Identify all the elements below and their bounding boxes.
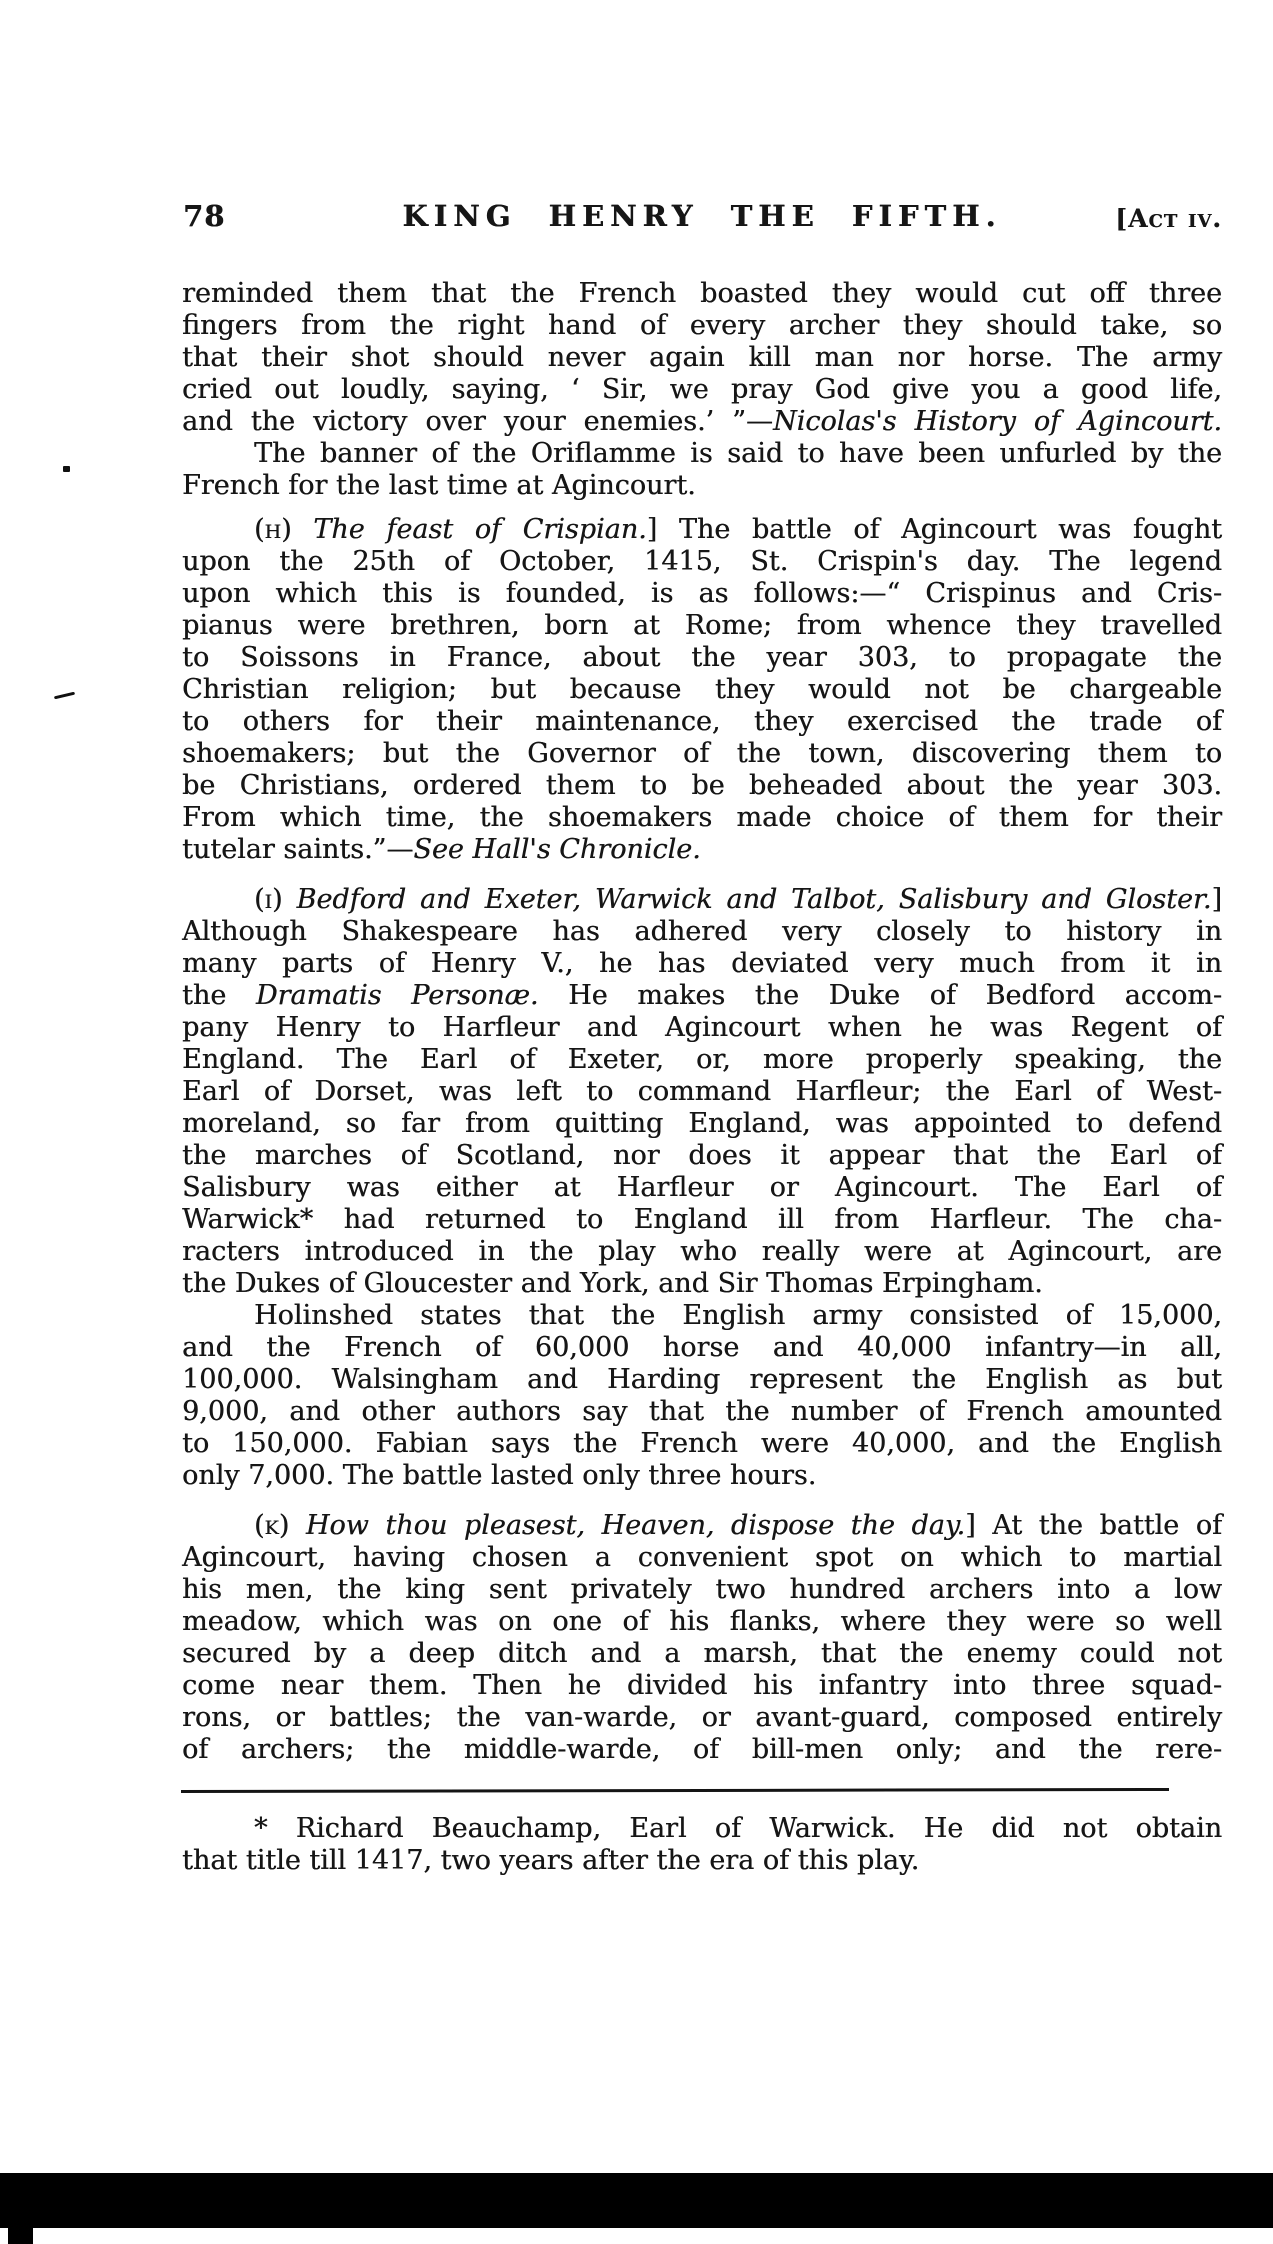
text-line: the Dukes of Gloucester and York, and Si…	[182, 1268, 1222, 1300]
text-segment: upon which this is founded, is as follow…	[182, 578, 1222, 609]
smallcaps-ref-letter: (i)	[254, 884, 297, 915]
text-segment: only 7,000. The battle lasted only three…	[182, 1460, 816, 1491]
footnote-rule	[181, 1788, 1169, 1793]
text-segment: upon the 25th of October, 1415, St. Cris…	[182, 546, 1222, 577]
text-line: that title till 1417, two years after th…	[182, 1845, 1222, 1877]
text-segment: He makes the Duke of Bedford accom-	[538, 980, 1222, 1011]
text-segment: From which time, the shoemakers made cho…	[182, 802, 1222, 833]
text-line: to 150,000. Fabian says the French were …	[182, 1428, 1222, 1460]
italic-text: How thou pleasest, Heaven, dispose the d…	[306, 1510, 965, 1541]
margin-dot-mark	[63, 466, 70, 472]
text-line: reminded them that the French boasted th…	[182, 278, 1222, 310]
text-line: rons, or battles; the van-warde, or avan…	[182, 1702, 1222, 1734]
scan-black-notch	[8, 2225, 33, 2244]
text-line: cried out loudly, saying, ‘ Sir, we pray…	[182, 374, 1222, 406]
text-line: tutelar saints.”—See Hall's Chronicle.	[182, 834, 1222, 866]
text-line: (h) The feast of Crispian.] The battle o…	[182, 514, 1222, 546]
text-line: the marches of Scotland, nor does it app…	[182, 1140, 1222, 1172]
text-segment: fingers from the right hand of every arc…	[182, 310, 1222, 341]
text-segment: England. The Earl of Exeter, or, more pr…	[182, 1044, 1222, 1075]
text-segment: the	[182, 980, 256, 1011]
italic-text: The feast of Crispian.	[313, 514, 646, 545]
text-segment: Earl of Dorset, was left to command Harf…	[182, 1076, 1222, 1107]
text-segment: reminded them that the French boasted th…	[182, 278, 1222, 309]
text-line: fingers from the right hand of every arc…	[182, 310, 1222, 342]
act-label: [Act iv.	[182, 204, 1222, 233]
text-line: his men, the king sent privately two hun…	[182, 1574, 1222, 1606]
text-line: England. The Earl of Exeter, or, more pr…	[182, 1044, 1222, 1076]
text-line: Agincourt, having chosen a convenient sp…	[182, 1542, 1222, 1574]
text-line: 9,000, and other authors say that the nu…	[182, 1396, 1222, 1428]
text-segment: The banner of the Oriflamme is said to h…	[254, 438, 1222, 469]
text-line: Christian religion; but because they wou…	[182, 674, 1222, 706]
text-line: 100,000. Walsingham and Harding represen…	[182, 1364, 1222, 1396]
text-line: Warwick* had returned to England ill fro…	[182, 1204, 1222, 1236]
note-i-bedford-and-exeter: (i) Bedford and Exeter, Warwick and Talb…	[182, 884, 1222, 1300]
text-line: the Dramatis Personæ. He makes the Duke …	[182, 980, 1222, 1012]
text-line: to Soissons in France, about the year 30…	[182, 642, 1222, 674]
text-line: Holinshed states that the English army c…	[182, 1300, 1222, 1332]
text-segment: Although Shakespeare has adhered very cl…	[182, 916, 1222, 947]
text-segment: 9,000, and other authors say that the nu…	[182, 1396, 1222, 1427]
text-segment: many parts of Henry V., he has deviated …	[182, 948, 1222, 979]
text-segment: French for the last time at Agincourt.	[182, 470, 696, 501]
text-segment: and the victory over your enemies.’ ”—	[182, 406, 773, 437]
text-segment: ] At the battle of	[965, 1510, 1222, 1541]
text-segment: to others for their maintenance, they ex…	[182, 706, 1222, 737]
text-line: and the French of 60,000 horse and 40,00…	[182, 1332, 1222, 1364]
text-line: come near them. Then he divided his infa…	[182, 1670, 1222, 1702]
smallcaps-ref-letter: (h)	[254, 514, 313, 545]
footnote: * Richard Beauchamp, Earl of Warwick. He…	[182, 1813, 1222, 1877]
scan-black-bar	[0, 2173, 1273, 2228]
text-segment: * Richard Beauchamp, Earl of Warwick. He…	[254, 1813, 1222, 1844]
text-line: many parts of Henry V., he has deviated …	[182, 948, 1222, 980]
paragraph-oriflamme: The banner of the Oriflamme is said to h…	[182, 438, 1222, 502]
text-line: be Christians, ordered them to be behead…	[182, 770, 1222, 802]
text-line: moreland, so far from quitting England, …	[182, 1108, 1222, 1140]
text-segment: ]	[1211, 884, 1222, 915]
paragraph-nicolas-quote: reminded them that the French boasted th…	[182, 278, 1222, 438]
note-h-feast-of-crispian: (h) The feast of Crispian.] The battle o…	[182, 514, 1222, 866]
text-segment: Christian religion; but because they wou…	[182, 674, 1222, 705]
text-segment: that title till 1417, two years after th…	[182, 1845, 919, 1876]
margin-slash-mark	[54, 692, 75, 700]
text-segment: that their shot should never again kill …	[182, 342, 1222, 373]
text-line: Earl of Dorset, was left to command Harf…	[182, 1076, 1222, 1108]
text-line: only 7,000. The battle lasted only three…	[182, 1460, 1222, 1492]
text-line: pany Henry to Harfleur and Agincourt whe…	[182, 1012, 1222, 1044]
text-segment: the marches of Scotland, nor does it app…	[182, 1140, 1222, 1171]
text-segment: pianus were brethren, born at Rome; from…	[182, 610, 1222, 641]
text-segment: shoemakers; but the Governor of the town…	[182, 738, 1222, 769]
text-segment: ] The battle of Agincourt was fought	[647, 514, 1222, 545]
italic-text: Dramatis Personæ.	[256, 980, 539, 1011]
text-segment: to Soissons in France, about the year 30…	[182, 642, 1222, 673]
text-line: secured by a deep ditch and a marsh, tha…	[182, 1638, 1222, 1670]
body-text: reminded them that the French boasted th…	[182, 278, 1222, 1766]
italic-text: Bedford and Exeter, Warwick and Talbot, …	[297, 884, 1212, 915]
text-line: * Richard Beauchamp, Earl of Warwick. He…	[182, 1813, 1222, 1845]
text-segment: secured by a deep ditch and a marsh, tha…	[182, 1638, 1222, 1669]
scanned-book-page: 78 KING HENRY THE FIFTH. [Act iv. remind…	[0, 0, 1273, 2244]
text-segment: be Christians, ordered them to be behead…	[182, 770, 1222, 801]
text-line: that their shot should never again kill …	[182, 342, 1222, 374]
text-line: From which time, the shoemakers made cho…	[182, 802, 1222, 834]
paragraph-holinshed: Holinshed states that the English army c…	[182, 1300, 1222, 1492]
italic-text: Nicolas's History of Agincourt.	[773, 406, 1222, 437]
text-segment: and the French of 60,000 horse and 40,00…	[182, 1332, 1222, 1363]
text-segment: the Dukes of Gloucester and York, and Si…	[182, 1268, 1043, 1299]
text-segment: rons, or battles; the van-warde, or avan…	[182, 1702, 1222, 1733]
text-line: of archers; the middle-warde, of bill-me…	[182, 1734, 1222, 1766]
text-segment: moreland, so far from quitting England, …	[182, 1108, 1222, 1139]
text-segment: Salisbury was either at Harfleur or Agin…	[182, 1172, 1222, 1203]
text-line: shoemakers; but the Governor of the town…	[182, 738, 1222, 770]
italic-text: See Hall's Chronicle.	[413, 834, 700, 865]
text-line: (i) Bedford and Exeter, Warwick and Talb…	[182, 884, 1222, 916]
text-line: meadow, which was on one of his flanks, …	[182, 1606, 1222, 1638]
text-segment: cried out loudly, saying, ‘ Sir, we pray…	[182, 374, 1222, 405]
text-segment: of archers; the middle-warde, of bill-me…	[182, 1734, 1222, 1765]
text-segment: come near them. Then he divided his infa…	[182, 1670, 1222, 1701]
text-line: French for the last time at Agincourt.	[182, 470, 1222, 502]
text-segment: tutelar saints.”—	[182, 834, 413, 865]
text-line: and the victory over your enemies.’ ”—Ni…	[182, 406, 1222, 438]
text-segment: Holinshed states that the English army c…	[254, 1300, 1222, 1331]
text-segment: Warwick* had returned to England ill fro…	[182, 1204, 1222, 1235]
text-line: pianus were brethren, born at Rome; from…	[182, 610, 1222, 642]
note-k-how-thou-pleasest: (k) How thou pleasest, Heaven, dispose t…	[182, 1510, 1222, 1766]
text-line: racters introduced in the play who reall…	[182, 1236, 1222, 1268]
text-segment: meadow, which was on one of his flanks, …	[182, 1606, 1222, 1637]
text-line: Salisbury was either at Harfleur or Agin…	[182, 1172, 1222, 1204]
text-line: to others for their maintenance, they ex…	[182, 706, 1222, 738]
text-segment: racters introduced in the play who reall…	[182, 1236, 1222, 1267]
text-line: Although Shakespeare has adhered very cl…	[182, 916, 1222, 948]
text-line: (k) How thou pleasest, Heaven, dispose t…	[182, 1510, 1222, 1542]
smallcaps-ref-letter: (k)	[254, 1510, 306, 1541]
text-segment: pany Henry to Harfleur and Agincourt whe…	[182, 1012, 1222, 1043]
text-line: upon which this is founded, is as follow…	[182, 578, 1222, 610]
text-segment: 100,000. Walsingham and Harding represen…	[182, 1364, 1222, 1395]
text-segment: Agincourt, having chosen a convenient sp…	[182, 1542, 1222, 1573]
text-line: The banner of the Oriflamme is said to h…	[182, 438, 1222, 470]
text-segment: his men, the king sent privately two hun…	[182, 1574, 1222, 1605]
text-line: upon the 25th of October, 1415, St. Cris…	[182, 546, 1222, 578]
text-segment: to 150,000. Fabian says the French were …	[182, 1428, 1222, 1459]
